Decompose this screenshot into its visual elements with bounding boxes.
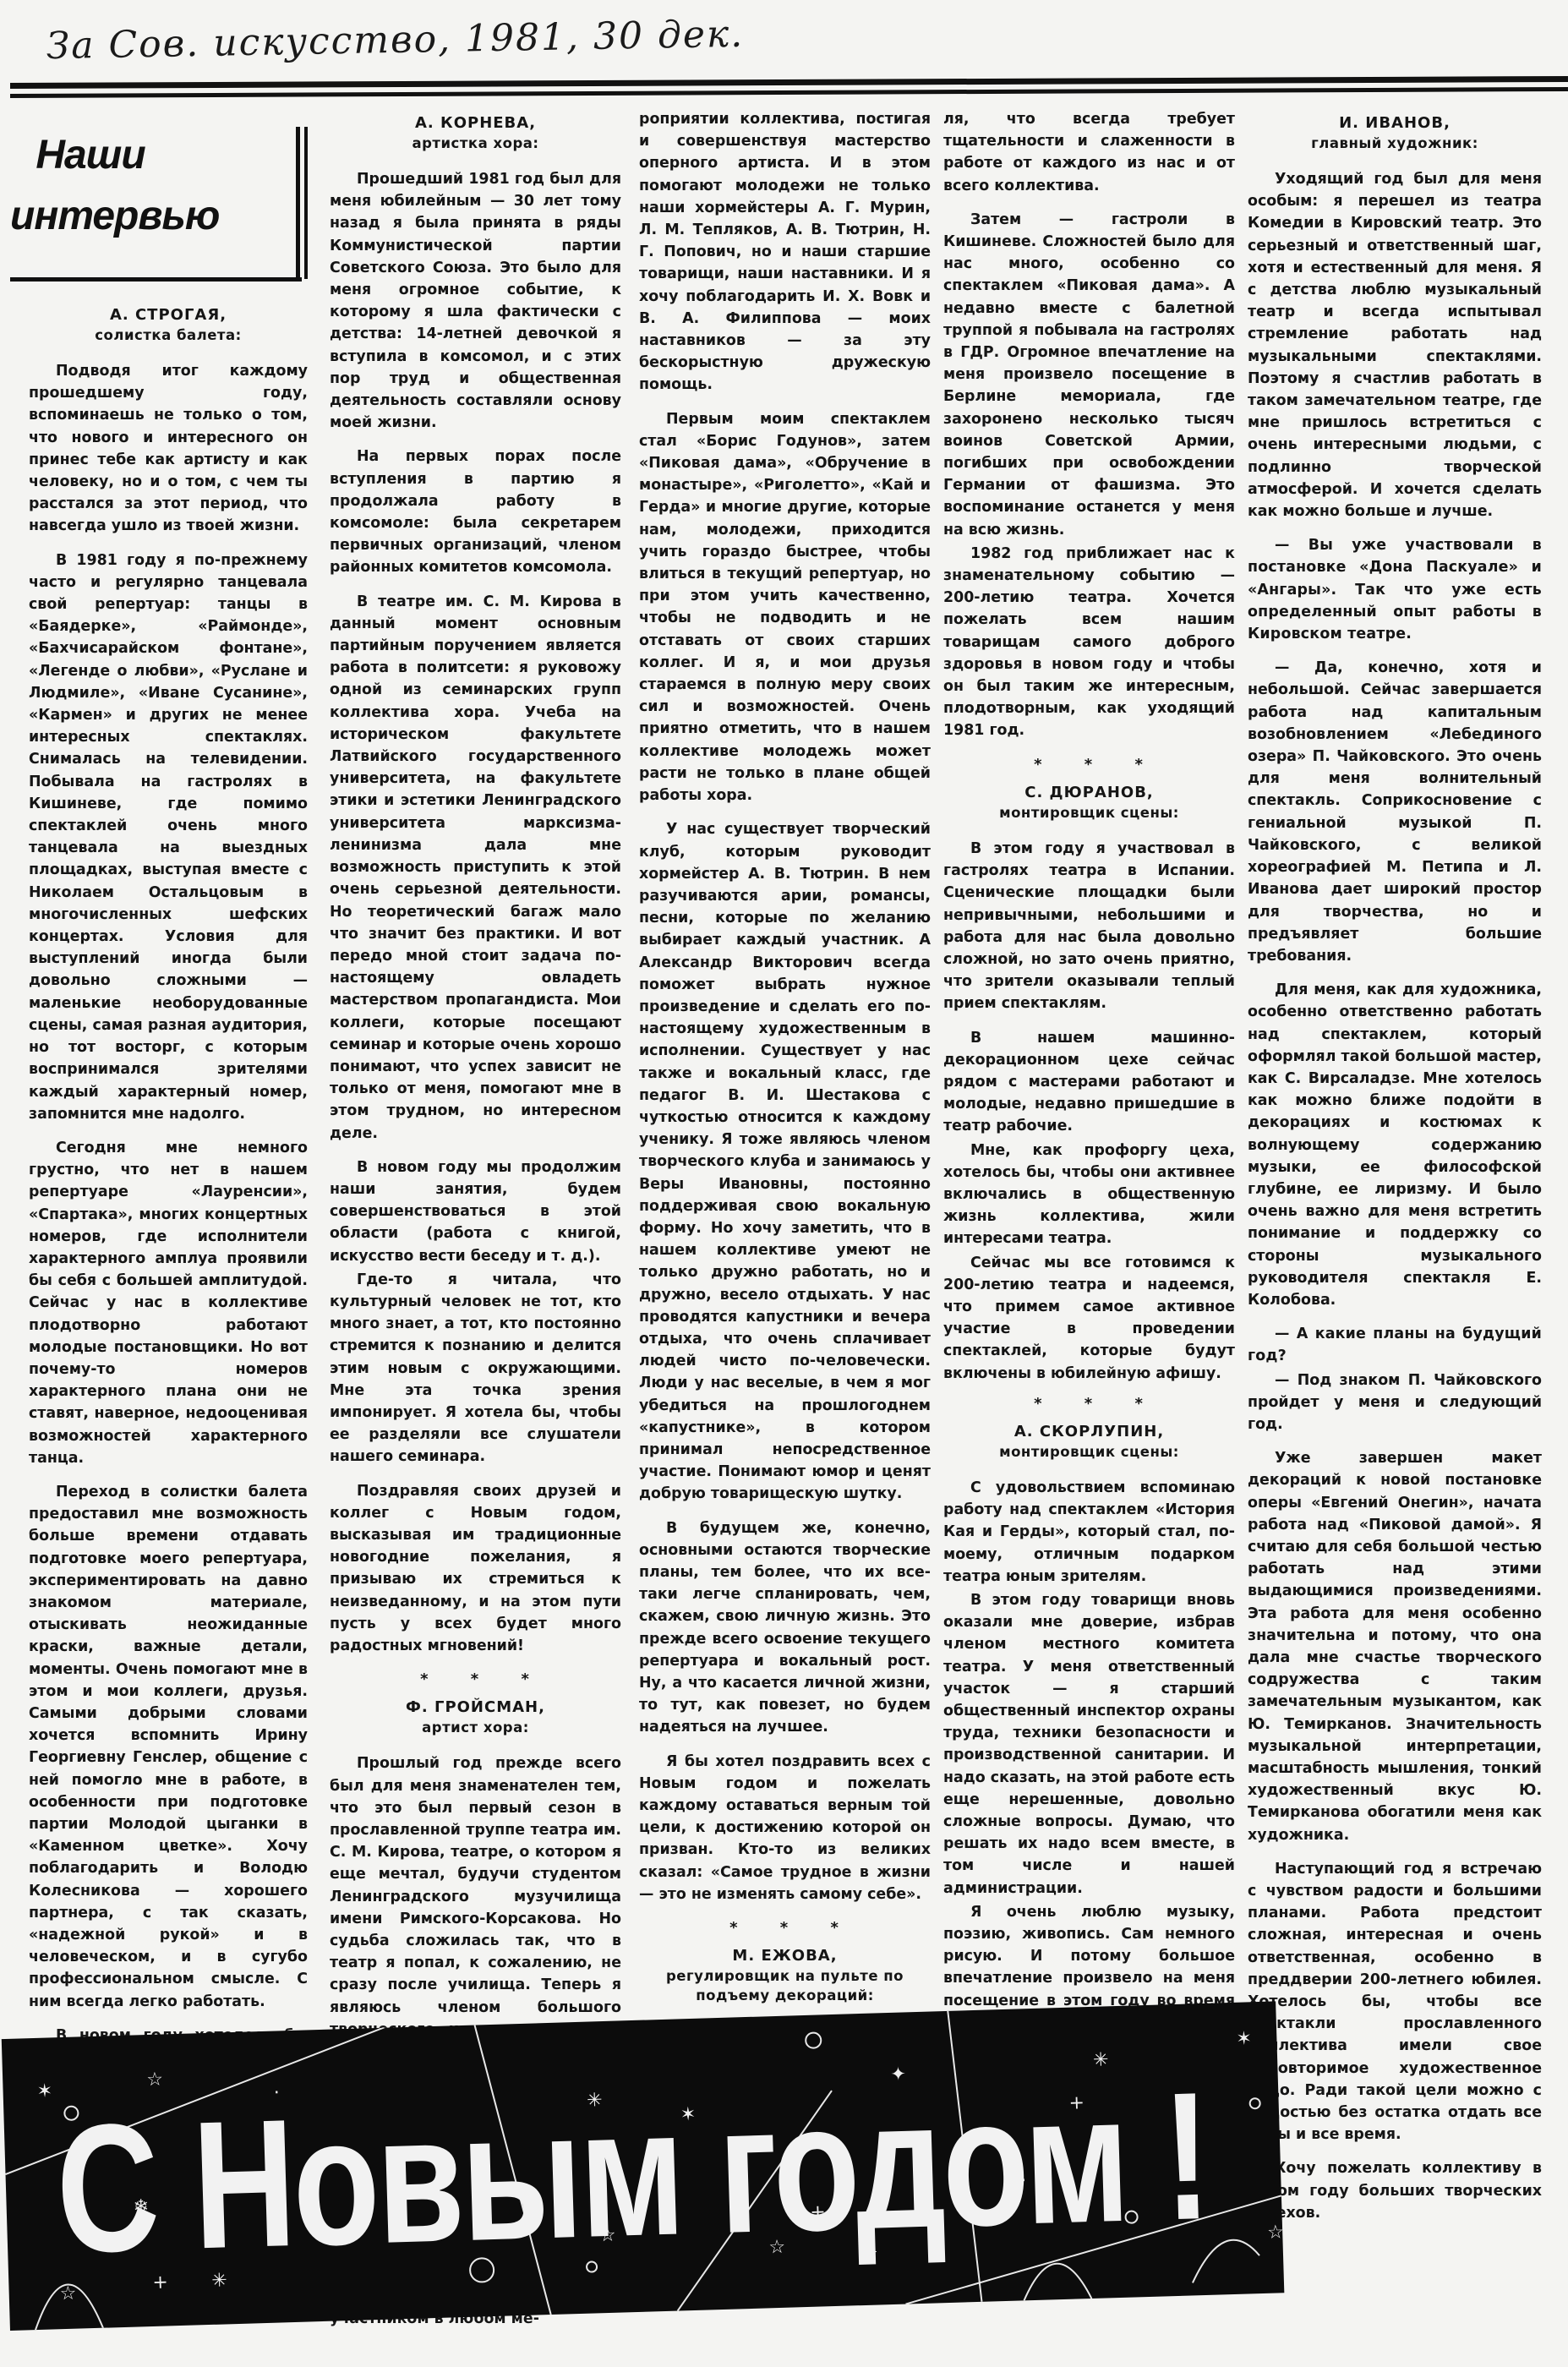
paragraph: Затем — гастроли в Кишиневе. Сложностей … bbox=[943, 209, 1235, 541]
column-2: А. КОРНЕВА, артистка хора: Прошедший 198… bbox=[330, 108, 621, 2342]
paragraph: Подводя итог каждому прошедшему году, вс… bbox=[29, 360, 308, 538]
paragraph: В новом году мы продолжим наши занятия, … bbox=[330, 1156, 621, 1267]
paragraph: Где-то я читала, что культурный человек … bbox=[330, 1269, 621, 1468]
paragraph: В 1981 году я по-прежнему часто и регуля… bbox=[29, 549, 308, 1125]
paragraph: У нас существует творческий клуб, которы… bbox=[639, 818, 931, 1505]
paragraph: Поздравляя своих друзей и коллег с Новым… bbox=[330, 1480, 621, 1658]
column-5: И. ИВАНОВ, главный художник: Уходящий го… bbox=[1248, 108, 1542, 2236]
paragraph: Наступающий год я встречаю с чувством ра… bbox=[1248, 1858, 1542, 2146]
paragraph: — Да, конечно, хотя и небольшой. Сейчас … bbox=[1248, 657, 1542, 967]
column-1: А. СТРОГАЯ, солистка балета: Подводя ито… bbox=[29, 300, 308, 2213]
byline-skorlupin: А. СКОРЛУПИН, монтировщик сцены: bbox=[943, 1422, 1235, 1462]
byline-korneva: А. КОРНЕВА, артистка хора: bbox=[330, 113, 621, 153]
byline-ezhova: М. ЕЖОВА, регулировщик на пульте по подъ… bbox=[639, 1946, 931, 2005]
svg-text:✶: ✶ bbox=[1236, 2028, 1252, 2050]
interviewer-question: — Вы уже участвовали в постановке «Дона … bbox=[1248, 534, 1542, 645]
svg-text:✶: ✶ bbox=[36, 2080, 52, 2102]
paragraph: В будущем же, конечно, основными остаютс… bbox=[639, 1517, 931, 1739]
paragraph: Мне, как профоргу цеха, хотелось бы, что… bbox=[943, 1140, 1235, 1250]
section-separator: * * * bbox=[639, 1917, 931, 1939]
interviewee-role: артистка хора: bbox=[330, 134, 621, 153]
interviewee-name: М. ЕЖОВА, bbox=[639, 1946, 931, 1966]
column-3: роприятии коллектива, постигая и соверше… bbox=[639, 108, 931, 2244]
byline-duranov: С. ДЮРАНОВ, монтировщик сцены: bbox=[943, 783, 1235, 823]
paragraph: Сегодня мне немного грустно, что нет в н… bbox=[29, 1137, 308, 1469]
paragraph: Прошедший 1981 год был для меня юбилейны… bbox=[330, 168, 621, 434]
interviewee-name: А. КОРНЕВА, bbox=[330, 113, 621, 134]
paragraph: В нашем машинно-декорационном цехе сейча… bbox=[943, 1027, 1235, 1138]
interviewee-name: Ф. ГРОЙСМАН, bbox=[330, 1697, 621, 1718]
byline-groisman: Ф. ГРОЙСМАН, артист хора: bbox=[330, 1697, 621, 1737]
interviewee-role: монтировщик сцены: bbox=[943, 803, 1235, 823]
paragraph-continued: роприятии коллектива, постигая и соверше… bbox=[639, 108, 931, 396]
interviewee-name: А. СТРОГАЯ, bbox=[29, 305, 308, 325]
interviewer-question: — А какие планы на будущий год? bbox=[1248, 1323, 1542, 1367]
section-separator: * * * bbox=[330, 1669, 621, 1691]
interviewee-name: С. ДЮРАНОВ, bbox=[943, 783, 1235, 803]
interviewee-role: артист хора: bbox=[330, 1718, 621, 1737]
interviewee-role: регулировщик на пульте по подъему декора… bbox=[639, 1966, 931, 2005]
interviewee-role: главный художник: bbox=[1248, 134, 1542, 153]
section-separator: * * * bbox=[943, 754, 1235, 776]
rubric-line-2: интервью bbox=[10, 186, 171, 247]
paragraph: С удовольствием вспоминаю работу над спе… bbox=[943, 1477, 1235, 1588]
paragraph: Уже завершен макет декораций к новой пос… bbox=[1248, 1447, 1542, 1846]
svg-text:☆: ☆ bbox=[1267, 2222, 1284, 2244]
paragraph: В этом году товарищи вновь оказали мне д… bbox=[943, 1589, 1235, 1900]
paragraph: Для меня, как для художника, особенно от… bbox=[1248, 979, 1542, 1311]
column-4: ля, что всегда требует тщательности и сл… bbox=[943, 108, 1235, 2237]
paragraph: Уходящий год был для меня особым: я пере… bbox=[1248, 168, 1542, 522]
section-separator: * * * bbox=[943, 1393, 1235, 1415]
paragraph: Хочу пожелать коллективу в новом году бо… bbox=[1248, 2157, 1542, 2224]
interviewee-role: солистка балета: bbox=[29, 325, 308, 345]
new-year-banner: ✶☆· ✳✶✦ ✳✶+ ☆+✳ ☆✶☆ ✳☆· ❄+✶ С Новым годо… bbox=[2, 2001, 1285, 2331]
byline-ivanov: И. ИВАНОВ, главный художник: bbox=[1248, 113, 1542, 153]
interviewee-role: монтировщик сцены: bbox=[943, 1442, 1235, 1462]
banner-greeting: С Новым годом ! bbox=[53, 2053, 982, 2299]
paragraph-continued: ля, что всегда требует тщательности и сл… bbox=[943, 108, 1235, 197]
paragraph: — Под знаком П. Чайковского пройдет у ме… bbox=[1248, 1369, 1542, 1436]
interviewee-name: И. ИВАНОВ, bbox=[1248, 113, 1542, 134]
interviewee-name: А. СКОРЛУПИН, bbox=[943, 1422, 1235, 1442]
handwritten-source-note: За Сов. искусство, 1981, 30 дек. bbox=[46, 13, 740, 84]
rubric-vertical-rule bbox=[296, 127, 308, 279]
paragraph: Первым моим спектаклем стал «Борис Годун… bbox=[639, 408, 931, 807]
header-rule bbox=[10, 87, 1568, 98]
paragraph: Я бы хотел поздравить всех с Новым годом… bbox=[639, 1751, 931, 1905]
rubric-line-1: Наши bbox=[10, 125, 171, 186]
paragraph: Сейчас мы все готовимся к 200-летию теат… bbox=[943, 1252, 1235, 1385]
rubric-horizontal-rule bbox=[10, 277, 302, 282]
paragraph: Переход в солистки балета предоставил мн… bbox=[29, 1481, 308, 2013]
paragraph: 1982 год приближает нас к знаменательном… bbox=[943, 543, 1235, 742]
paragraph: В этом году я участвовал в гастролях теа… bbox=[943, 838, 1235, 1015]
byline-strogaya: А. СТРОГАЯ, солистка балета: bbox=[29, 305, 308, 345]
paragraph: В театре им. С. М. Кирова в данный момен… bbox=[330, 591, 621, 1145]
rubric-heading: Наши интервью bbox=[10, 125, 171, 269]
paragraph: На первых порах после вступления в парти… bbox=[330, 446, 621, 578]
